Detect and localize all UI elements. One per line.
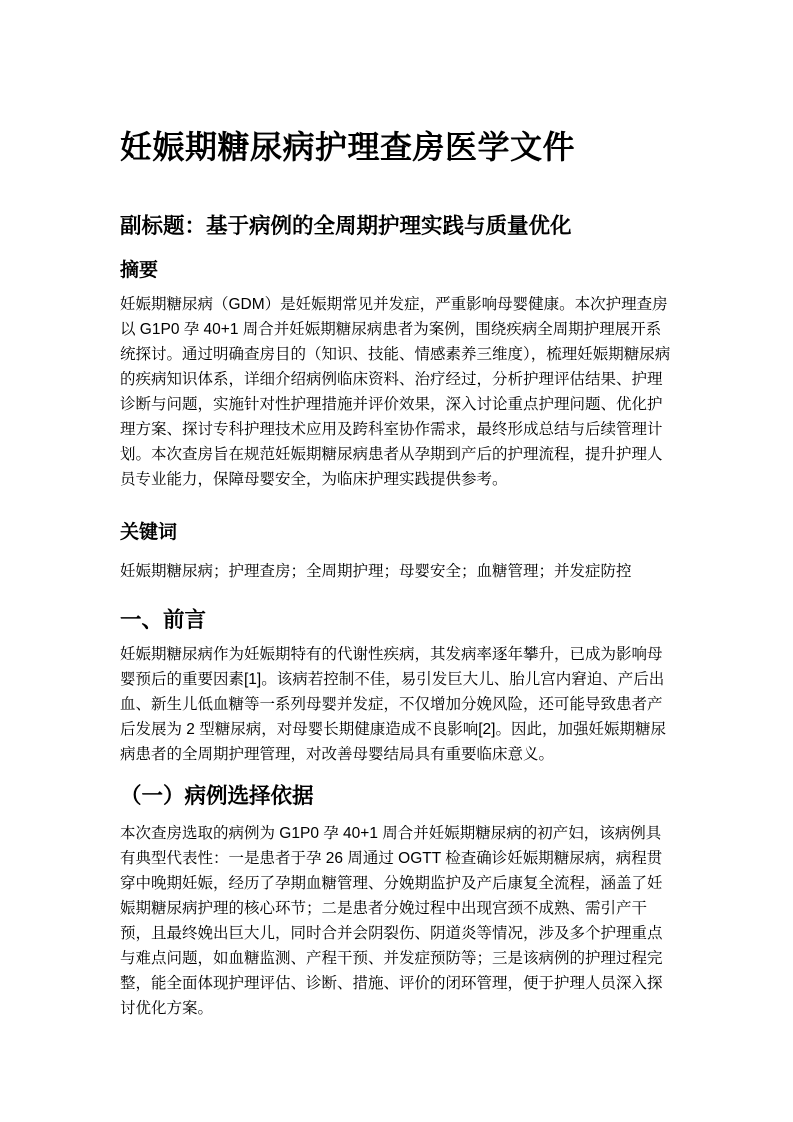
keywords-heading: 关键词 xyxy=(120,520,673,546)
keywords-line: 妊娠期糖尿病；护理查房；全周期护理；母婴安全；血糖管理；并发症防控 xyxy=(120,559,673,584)
case-selection-heading: （一）病例选择依据 xyxy=(120,781,673,811)
abstract-paragraph: 妊娠期糖尿病（GDM）是妊娠期常见并发症，严重影响母婴健康。本次护理查房以 G1… xyxy=(120,292,673,492)
abstract-heading: 摘要 xyxy=(120,258,673,284)
introduction-heading: 一、前言 xyxy=(120,605,673,635)
case-selection-paragraph: 本次查房选取的病例为 G1P0 孕 40+1 周合并妊娠期糖尿病的初产妇，该病例… xyxy=(120,821,673,1021)
doc-subtitle: 副标题：基于病例的全周期护理实践与质量优化 xyxy=(120,211,673,241)
introduction-paragraph: 妊娠期糖尿病作为妊娠期特有的代谢性疾病，其发病率逐年攀升，已成为影响母婴预后的重… xyxy=(120,642,673,767)
doc-title: 妊娠期糖尿病护理查房医学文件 xyxy=(120,126,673,168)
document-page: 妊娠期糖尿病护理查房医学文件 副标题：基于病例的全周期护理实践与质量优化 摘要 … xyxy=(0,0,793,1122)
